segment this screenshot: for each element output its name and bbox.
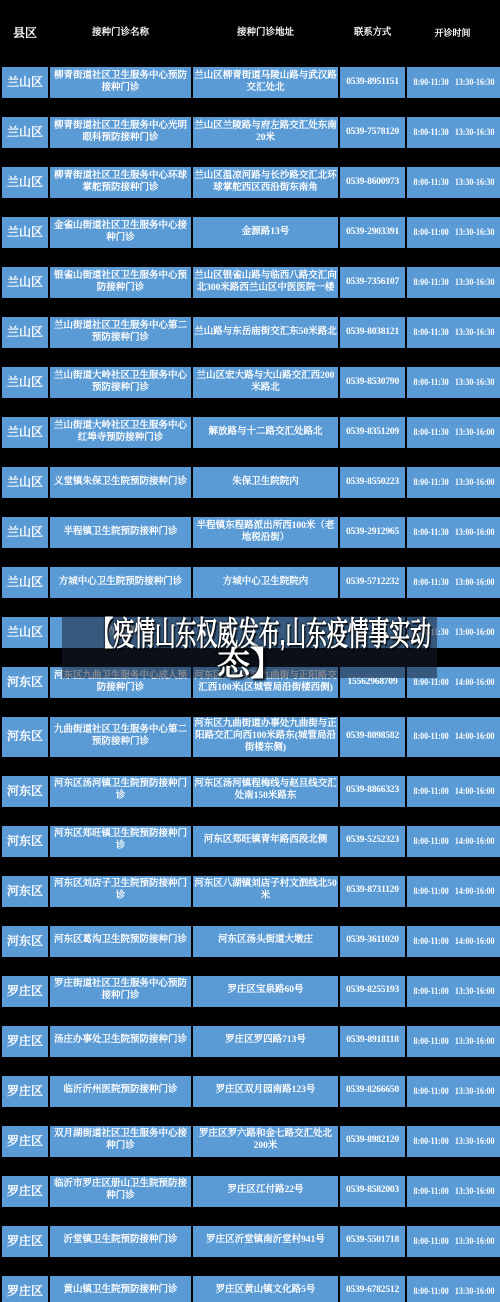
clinic-name-cell: 兰山街道社区卫生服务中心第二预防接种门诊 — [50, 317, 191, 348]
clinic-name-cell: 临沂市罗庄区册山卫生院预防接种门诊 — [50, 1176, 191, 1207]
clinic-address-cell — [193, 617, 338, 648]
district-cell: 兰山区 — [2, 617, 48, 648]
clinic-name-cell: 兰山街道大岭社区卫生服务中心红埠寺预防接种门诊 — [50, 417, 191, 448]
district-cell: 罗庄区 — [2, 1176, 48, 1207]
table-row: 罗庄区 双月湖街道社区卫生服务中心接种门诊 罗庄区罗六路和金七路交汇处北200米… — [0, 1126, 500, 1157]
hours-afternoon: 13:30-16:00 — [455, 1236, 495, 1247]
table-row: 河东区 河东区汤河镇卫生院预防接种门诊 河东区汤河镇程梅线与赵旦线交汇处南150… — [0, 776, 500, 807]
hours-cell: 8:00-11:0013:30-16:00 — [407, 976, 500, 1007]
hours-cell: 8:00-11:0013:30-16:00 — [407, 1226, 500, 1257]
hours-afternoon: 13:30-16:00 — [455, 1136, 495, 1147]
column-header-clinic-address: 接种门诊地址 — [193, 26, 338, 41]
clinic-name-cell: 义堂镇朱保卫生院预防接种门诊 — [50, 467, 191, 498]
phone-cell: 0539-5252323 — [340, 826, 405, 857]
phone-cell: 0539-5712232 — [340, 567, 405, 598]
district-cell: 罗庄区 — [2, 1076, 48, 1107]
clinic-address-cell: 河东区九曲街道九曲街与正阳路交汇西100米(区城管局沿街楼西侧) — [193, 667, 338, 698]
hours-cell: 8:00-11:3013:30-16:00 — [407, 467, 500, 498]
phone-cell: 0539-5501718 — [340, 1226, 405, 1257]
hours-cell: 8:00-11:0013:30-16:00 — [407, 1076, 500, 1107]
phone-cell: 0539-8098582 — [340, 717, 405, 757]
hours-text: 8:00-11:0013:30-16:00 — [414, 1086, 495, 1097]
hours-cell: 8:00-11:3013:30-16:30 — [407, 167, 500, 198]
clinic-address-cell: 兰山路与东岳庙街交汇东50米路北 — [193, 317, 338, 348]
district-cell: 兰山区 — [2, 217, 48, 248]
clinic-name-cell: 罗庄街道社区卫生服务中心预防接种门诊 — [50, 976, 191, 1007]
phone-cell: 0539-8600973 — [340, 167, 405, 198]
hours-morning: 8:00-11:00 — [414, 731, 449, 742]
clinic-name-cell: 河东区九曲卫生服务中心成人预防接种门诊 — [50, 667, 191, 698]
hours-cell: 8:00-11:0014:00-16:00 — [407, 717, 500, 757]
clinic-name-cell: 方城镇 — [50, 617, 191, 648]
hours-text: 8:00-11:0013:30-16:00 — [414, 1136, 495, 1147]
clinic-name-cell: 双月湖街道社区卫生服务中心接种门诊 — [50, 1126, 191, 1157]
hours-afternoon: 13:30-16:00 — [455, 1086, 495, 1097]
table-row: 兰山区 银雀山街道社区卫生服务中心预防接种门诊 兰山区银雀山路与临西八路交汇向北… — [0, 267, 500, 298]
hours-cell: 8:00-11:0014:00-16:00 — [407, 826, 500, 857]
table-row: 河东区 河东区刘店子卫生院预防接种门诊 河东区八湖镇刘店子村文泗线北50米 05… — [0, 876, 500, 907]
table-row: 兰山区 兰山街道大岭社区卫生服务中心红埠寺预防接种门诊 解放路与十二路交汇处路北… — [0, 417, 500, 448]
hours-afternoon: 13:30-16:00 — [455, 1036, 495, 1047]
hours-cell: 8:00-11:0013:30-16:30 — [407, 217, 500, 248]
hours-morning: 8:00-11:00 — [414, 1186, 449, 1197]
column-header-contact: 联系方式 — [340, 26, 405, 41]
hours-text: 8:00-11:0014:00-16:00 — [414, 886, 495, 897]
hours-text: 8:00-11:3013:30-16:00 — [414, 427, 495, 438]
phone-cell: 0539-8918118 — [340, 1026, 405, 1057]
hours-morning: 8:00-11:00 — [414, 936, 449, 947]
hours-morning: 8:00-11:30 — [414, 627, 449, 638]
hours-cell: 8:00-11:0014:00-16:00 — [407, 776, 500, 807]
hours-cell: 8:00-11:3013:30-16:30 — [407, 117, 500, 148]
phone-cell: 0539-8255193 — [340, 976, 405, 1007]
district-cell: 罗庄区 — [2, 1226, 48, 1257]
hours-morning: 8:00-11:30 — [414, 527, 449, 538]
clinic-address-cell: 罗庄区黄山镇文化路5号 — [193, 1276, 338, 1302]
hours-text: 8:00-11:0013:30-16:00 — [414, 1186, 495, 1197]
hours-cell: 8:00-11:0013:30-16:00 — [407, 1276, 500, 1302]
clinic-address-cell: 罗庄区罗六路和金七路交汇处北200米 — [193, 1126, 338, 1157]
clinic-name-cell: 黄山镇卫生院预防接种门诊 — [50, 1276, 191, 1302]
clinic-name-cell: 临沂沂州医院预防接种门诊 — [50, 1076, 191, 1107]
table-row: 兰山区 义堂镇朱保卫生院预防接种门诊 朱保卫生院院内 0539-8550223 … — [0, 467, 500, 498]
hours-afternoon: 13:00-16:00 — [455, 527, 495, 538]
table-row: 兰山区 半程镇卫生院预防接种门诊 半程镇东程路派出所西100米（老地税沿街） 0… — [0, 517, 500, 548]
district-cell: 罗庄区 — [2, 1126, 48, 1157]
hours-text: 8:00-11:0014:00-16:00 — [414, 731, 495, 742]
clinic-address-cell: 兰山区柳青街道马陵山路与武汉路交汇处北 — [193, 67, 338, 98]
district-cell: 兰山区 — [2, 367, 48, 398]
table-row: 河东区 河东区郑旺镇卫生院预防接种门诊 河东区郑旺镇青年路西段北侧 0539-5… — [0, 826, 500, 857]
hours-morning: 8:00-11:00 — [414, 1136, 449, 1147]
hours-cell: 8:00-11:0014:00-16:00 — [407, 876, 500, 907]
hours-morning: 8:00-11:00 — [414, 227, 449, 238]
hours-cell: 8:00-11:3013:30-16:30 — [407, 317, 500, 348]
phone-cell: 0539-8982120 — [340, 1126, 405, 1157]
hours-text: 8:00-11:0013:30-16:00 — [414, 986, 495, 997]
clinic-address-cell: 罗庄区沂堂镇南沂堂村941号 — [193, 1226, 338, 1257]
hours-text: 8:00-11:3013:30-16:00 — [414, 477, 495, 488]
clinic-address-cell: 罗庄区江付路22号 — [193, 1176, 338, 1207]
table-row: 罗庄区 沂堂镇卫生院预防接种门诊 罗庄区沂堂镇南沂堂村941号 0539-550… — [0, 1226, 500, 1257]
district-cell: 罗庄区 — [2, 976, 48, 1007]
hours-afternoon: 14:00-16:00 — [455, 677, 495, 688]
hours-morning: 8:00-11:00 — [414, 1036, 449, 1047]
hours-morning: 8:00-11:30 — [414, 77, 449, 88]
phone-cell: 0539-7356107 — [340, 267, 405, 298]
phone-cell: 0539-8866323 — [340, 776, 405, 807]
hours-text: 8:00-11:0014:00-16:00 — [414, 936, 495, 947]
vaccination-clinics-table-page: 县区 接种门诊名称 接种门诊地址 联系方式 开诊时间 兰山区 柳青街道社区卫生服… — [0, 0, 500, 1302]
hours-morning: 8:00-11:00 — [414, 677, 449, 688]
clinic-address-cell: 罗庄区宝泉路60号 — [193, 976, 338, 1007]
clinic-address-cell: 河东区九曲街道办事处九曲街与正阳路交汇向西100米路东(城管局沿街楼东侧) — [193, 717, 338, 757]
hours-cell: 8:00-11:3013:00-16:00 — [407, 517, 500, 548]
hours-afternoon: 13:30-16:00 — [455, 1186, 495, 1197]
phone-cell: 0539-8731120 — [340, 876, 405, 907]
table-row: 兰山区 柳青街道社区卫生服务中心预防接种门诊 兰山区柳青街道马陵山路与武汉路交汇… — [0, 67, 500, 98]
clinic-name-cell: 银雀山街道社区卫生服务中心预防接种门诊 — [50, 267, 191, 298]
clinic-name-cell: 柳青街道社区卫生服务中心预防接种门诊 — [50, 67, 191, 98]
hours-afternoon: 13:30-16:00 — [455, 986, 495, 997]
clinic-name-cell: 河东区刘店子卫生院预防接种门诊 — [50, 876, 191, 907]
district-cell: 兰山区 — [2, 67, 48, 98]
hours-afternoon: 14:00-16:00 — [455, 786, 495, 797]
clinic-name-cell: 沂堂镇卫生院预防接种门诊 — [50, 1226, 191, 1257]
district-cell: 河东区 — [2, 776, 48, 807]
clinic-address-cell: 河东区八湖镇刘店子村文泗线北50米 — [193, 876, 338, 907]
table-row: 罗庄区 罗庄街道社区卫生服务中心预防接种门诊 罗庄区宝泉路60号 0539-82… — [0, 976, 500, 1007]
clinic-name-cell: 九曲街道社区卫生服务中心第二预防接种门诊 — [50, 717, 191, 757]
hours-text: 8:00-11:3013:30-16:30 — [414, 77, 495, 88]
hours-morning: 8:00-11:30 — [414, 327, 449, 338]
clinic-name-cell: 河东区郑旺镇卫生院预防接种门诊 — [50, 826, 191, 857]
table-row: 河东区 九曲街道社区卫生服务中心第二预防接种门诊 河东区九曲街道办事处九曲街与正… — [0, 717, 500, 757]
clinic-name-cell: 兰山街道大岭社区卫生服务中心预防接种门诊 — [50, 367, 191, 398]
district-cell: 河东区 — [2, 926, 48, 957]
hours-cell: 8:00-11:0013:30-16:00 — [407, 1026, 500, 1057]
hours-text: 8:00-11:3013:30-16:30 — [414, 327, 495, 338]
hours-morning: 8:00-11:30 — [414, 177, 449, 188]
district-cell: 罗庄区 — [2, 1026, 48, 1057]
hours-afternoon: 13:30-16:30 — [455, 227, 495, 238]
clinic-address-cell: 河东区郑旺镇青年路西段北侧 — [193, 826, 338, 857]
table-row: 兰山区 金雀山街道社区卫生服务中心接种门诊 金源路13号 0539-290339… — [0, 217, 500, 248]
district-cell: 河东区 — [2, 826, 48, 857]
district-cell: 兰山区 — [2, 417, 48, 448]
hours-text: 8:00-11:0013:30-16:00 — [414, 1286, 495, 1297]
district-cell: 河东区 — [2, 717, 48, 757]
hours-afternoon: 14:00-16:00 — [455, 936, 495, 947]
hours-text: 8:00-11:3013:00-16:00 — [414, 627, 495, 638]
hours-afternoon: 13:30-16:30 — [455, 377, 495, 388]
table-row: 罗庄区 临沂市罗庄区册山卫生院预防接种门诊 罗庄区江付路22号 0539-858… — [0, 1176, 500, 1207]
clinic-name-cell: 河东区汤河镇卫生院预防接种门诊 — [50, 776, 191, 807]
table-row: 罗庄区 黄山镇卫生院预防接种门诊 罗庄区黄山镇文化路5号 0539-678251… — [0, 1276, 500, 1302]
column-header-opening-hours: 开诊时间 — [407, 26, 498, 41]
hours-morning: 8:00-11:00 — [414, 836, 449, 847]
clinic-address-cell: 朱保卫生院院内 — [193, 467, 338, 498]
hours-cell: 8:00-11:0014:00-16:00 — [407, 926, 500, 957]
clinic-name-cell: 半程镇卫生院预防接种门诊 — [50, 517, 191, 548]
district-cell: 兰山区 — [2, 167, 48, 198]
hours-text: 8:00-11:0013:30-16:00 — [414, 1036, 495, 1047]
district-cell: 罗庄区 — [2, 1276, 48, 1302]
district-cell: 兰山区 — [2, 567, 48, 598]
hours-afternoon: 13:00-16:00 — [455, 577, 495, 588]
hours-text: 8:00-11:3013:30-16:30 — [414, 177, 495, 188]
hours-afternoon: 13:30-16:00 — [455, 1286, 495, 1297]
hours-text: 8:00-11:3013:00-16:00 — [414, 527, 495, 538]
clinic-address-cell: 兰山区银雀山路与临西八路交汇向北300米路西兰山区中医医院一楼 — [193, 267, 338, 298]
phone-cell — [340, 617, 405, 648]
hours-morning: 8:00-11:30 — [414, 577, 449, 588]
hours-afternoon: 13:00-16:00 — [455, 627, 495, 638]
hours-morning: 8:00-11:00 — [414, 786, 449, 797]
table-header-row: 县区 接种门诊名称 接种门诊地址 联系方式 开诊时间 — [0, 26, 500, 41]
hours-cell: 8:00-11:0013:30-16:00 — [407, 1126, 500, 1157]
hours-morning: 8:00-11:30 — [414, 477, 449, 488]
clinic-address-cell: 河东区汤头街道大墩庄 — [193, 926, 338, 957]
hours-text: 8:00-11:0014:00-16:00 — [414, 677, 495, 688]
table-row: 河东区 河东区葛沟卫生院预防接种门诊 河东区汤头街道大墩庄 0539-36110… — [0, 926, 500, 957]
hours-afternoon: 13:30-16:30 — [455, 77, 495, 88]
hours-afternoon: 13:30-16:00 — [455, 477, 495, 488]
hours-cell: 8:00-11:3013:30-16:30 — [407, 267, 500, 298]
hours-text: 8:00-11:0014:00-16:00 — [414, 836, 495, 847]
table-row: 兰山区 兰山街道社区卫生服务中心第二预防接种门诊 兰山路与东岳庙街交汇东50米路… — [0, 317, 500, 348]
table-row: 兰山区 柳青街道社区卫生服务中心环球掌舵预防接种门诊 兰山区温凉河路与长沙路交汇… — [0, 167, 500, 198]
clinic-address-cell: 方城中心卫生院院内 — [193, 567, 338, 598]
clinic-address-cell: 兰山区宏大路与大山路交汇西200米路北 — [193, 367, 338, 398]
table-body: 兰山区 柳青街道社区卫生服务中心预防接种门诊 兰山区柳青街道马陵山路与武汉路交汇… — [0, 67, 500, 1302]
table-row: 罗庄区 临沂沂州医院预防接种门诊 罗庄区双月园南路123号 0539-82666… — [0, 1076, 500, 1107]
clinic-address-cell: 金源路13号 — [193, 217, 338, 248]
district-cell: 河东区 — [2, 876, 48, 907]
phone-cell: 0539-8951151 — [340, 67, 405, 98]
phone-cell: 0539-8266650 — [340, 1076, 405, 1107]
hours-morning: 8:00-11:00 — [414, 1286, 449, 1297]
hours-text: 8:00-11:3013:30-16:30 — [414, 277, 495, 288]
phone-cell: 0539-2912965 — [340, 517, 405, 548]
district-cell: 兰山区 — [2, 117, 48, 148]
clinic-address-cell: 兰山区温凉河路与长沙路交汇北环球掌舵西区西沿街东南角 — [193, 167, 338, 198]
hours-cell: 8:00-11:3013:30-16:30 — [407, 67, 500, 98]
phone-cell: 0539-8038121 — [340, 317, 405, 348]
table-row: 河东区 河东区九曲卫生服务中心成人预防接种门诊 河东区九曲街道九曲街与正阳路交汇… — [0, 667, 500, 698]
hours-text: 8:00-11:3013:00-16:00 — [414, 577, 495, 588]
hours-afternoon: 13:30-16:30 — [455, 177, 495, 188]
hours-afternoon: 13:30-16:30 — [455, 327, 495, 338]
hours-morning: 8:00-11:30 — [414, 277, 449, 288]
hours-afternoon: 13:30-16:30 — [455, 127, 495, 138]
phone-cell: 0539-8582003 — [340, 1176, 405, 1207]
hours-text: 8:00-11:0013:30-16:30 — [414, 227, 495, 238]
clinic-address-cell: 罗庄区罗四路713号 — [193, 1026, 338, 1057]
phone-cell: 0539-3611020 — [340, 926, 405, 957]
hours-afternoon: 13:30-16:30 — [455, 277, 495, 288]
hours-text: 8:00-11:0013:30-16:00 — [414, 1236, 495, 1247]
phone-cell: 0539-7578120 — [340, 117, 405, 148]
phone-cell: 0539-2903391 — [340, 217, 405, 248]
hours-text: 8:00-11:0014:00-16:00 — [414, 786, 495, 797]
clinic-address-cell: 河东区汤河镇程梅线与赵旦线交汇处南150米路东 — [193, 776, 338, 807]
clinic-name-cell: 汤庄办事处卫生院预防接种门诊 — [50, 1026, 191, 1057]
hours-cell: 8:00-11:0013:30-16:00 — [407, 1176, 500, 1207]
hours-cell: 8:00-11:3013:00-16:00 — [407, 617, 500, 648]
hours-morning: 8:00-11:30 — [414, 377, 449, 388]
hours-cell: 8:00-11:3013:30-16:00 — [407, 417, 500, 448]
phone-cell: 0539-8550223 — [340, 467, 405, 498]
district-cell: 兰山区 — [2, 317, 48, 348]
hours-text: 8:00-11:3013:30-16:30 — [414, 127, 495, 138]
table-row: 兰山区 兰山街道大岭社区卫生服务中心预防接种门诊 兰山区宏大路与大山路交汇西20… — [0, 367, 500, 398]
column-header-clinic-name: 接种门诊名称 — [50, 26, 191, 41]
clinic-name-cell: 柳青街道社区卫生服务中心光明眼科预防接种门诊 — [50, 117, 191, 148]
phone-cell: 0539-8351209 — [340, 417, 405, 448]
clinic-name-cell: 方城中心卫生院预防接种门诊 — [50, 567, 191, 598]
district-cell: 河东区 — [2, 667, 48, 698]
phone-cell: 0539-6782512 — [340, 1276, 405, 1302]
clinic-address-cell: 兰山区兰陵路与府左路交汇处东南20米 — [193, 117, 338, 148]
clinic-address-cell: 解放路与十二路交汇处路北 — [193, 417, 338, 448]
hours-text: 8:00-11:3013:30-16:30 — [414, 377, 495, 388]
clinic-name-cell: 柳青街道社区卫生服务中心环球掌舵预防接种门诊 — [50, 167, 191, 198]
phone-cell: 15562968709 — [340, 667, 405, 698]
clinic-name-cell: 河东区葛沟卫生院预防接种门诊 — [50, 926, 191, 957]
column-header-district: 县区 — [2, 26, 48, 41]
table-row: 兰山区 柳青街道社区卫生服务中心光明眼科预防接种门诊 兰山区兰陵路与府左路交汇处… — [0, 117, 500, 148]
phone-cell: 0539-8530790 — [340, 367, 405, 398]
hours-morning: 8:00-11:00 — [414, 1086, 449, 1097]
hours-morning: 8:00-11:30 — [414, 127, 449, 138]
hours-morning: 8:00-11:00 — [414, 1236, 449, 1247]
hours-cell: 8:00-11:3013:30-16:30 — [407, 367, 500, 398]
hours-afternoon: 14:00-16:00 — [455, 836, 495, 847]
hours-afternoon: 14:00-16:00 — [455, 886, 495, 897]
hours-morning: 8:00-11:00 — [414, 886, 449, 897]
hours-cell: 8:00-11:0014:00-16:00 — [407, 667, 500, 698]
clinic-address-cell: 半程镇东程路派出所西100米（老地税沿街） — [193, 517, 338, 548]
hours-morning: 8:00-11:00 — [414, 986, 449, 997]
clinic-address-cell: 罗庄区双月园南路123号 — [193, 1076, 338, 1107]
hours-afternoon: 13:30-16:00 — [455, 427, 495, 438]
hours-cell: 8:00-11:3013:00-16:00 — [407, 567, 500, 598]
district-cell: 兰山区 — [2, 517, 48, 548]
table-row: 兰山区 方城中心卫生院预防接种门诊 方城中心卫生院院内 0539-5712232… — [0, 567, 500, 598]
clinic-name-cell: 金雀山街道社区卫生服务中心接种门诊 — [50, 217, 191, 248]
hours-morning: 8:00-11:30 — [414, 427, 449, 438]
table-row: 兰山区 方城镇 8:00-11:3013:00-16:00 — [0, 617, 500, 648]
table-row: 罗庄区 汤庄办事处卫生院预防接种门诊 罗庄区罗四路713号 0539-89181… — [0, 1026, 500, 1057]
hours-afternoon: 14:00-16:00 — [455, 731, 495, 742]
district-cell: 兰山区 — [2, 267, 48, 298]
district-cell: 兰山区 — [2, 467, 48, 498]
